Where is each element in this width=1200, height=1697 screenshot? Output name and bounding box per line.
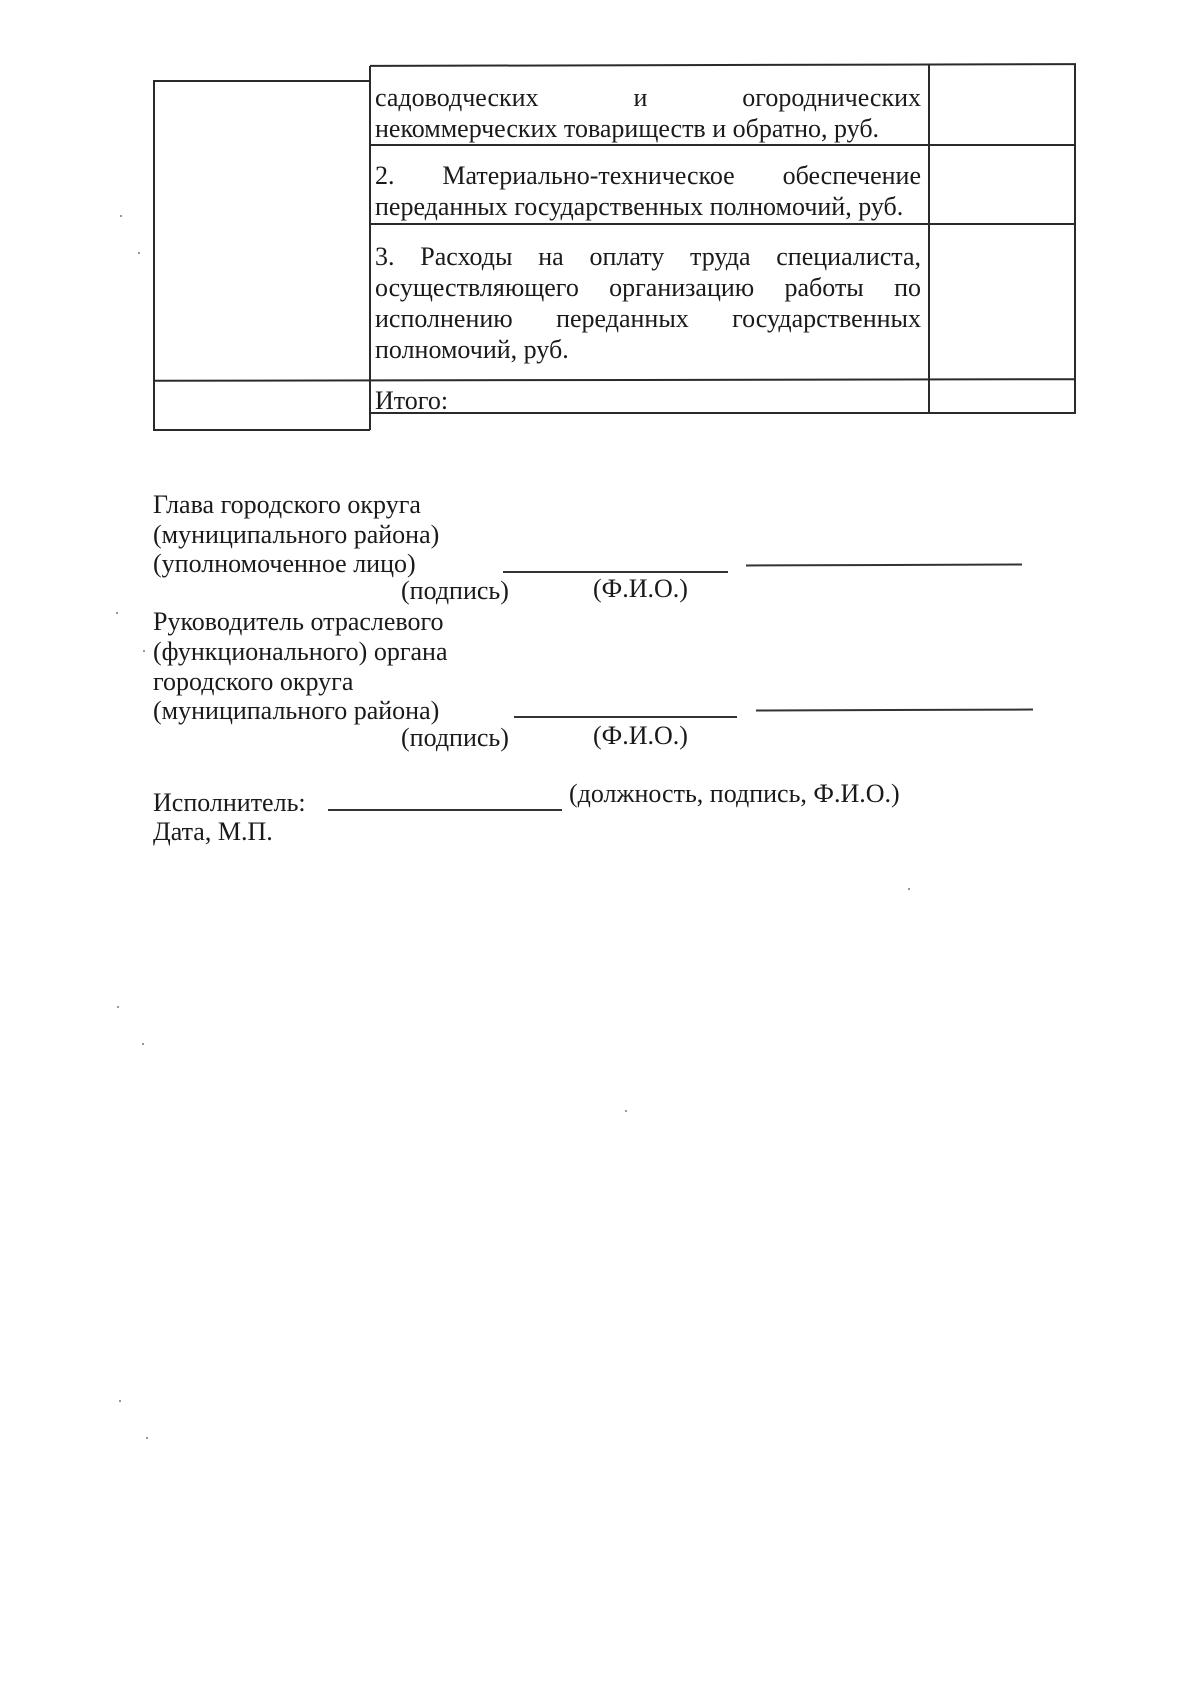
- department-signature-caption: (подпись): [401, 723, 509, 753]
- scan-speck: [143, 650, 145, 652]
- col-divider-1: [369, 66, 371, 430]
- head-name-caption: (Ф.И.О.): [593, 574, 688, 604]
- scan-speck: [625, 1110, 627, 1112]
- scan-speck: [119, 1400, 121, 1402]
- table-border-top: [153, 80, 370, 82]
- department-title-line-1: Руководитель отраслевого: [153, 607, 444, 637]
- row-divider-2: [370, 223, 1076, 225]
- department-name-caption: (Ф.И.О.): [593, 721, 688, 751]
- scan-speck: [908, 888, 910, 890]
- row-divider-1: [370, 144, 1076, 146]
- scan-speck: [138, 252, 140, 254]
- department-title-line-2: (функционального) органа: [153, 637, 448, 667]
- document-page: садоводческих и огороднических некоммерч…: [0, 0, 1200, 1697]
- scan-speck: [117, 1006, 119, 1008]
- head-signature-field[interactable]: [503, 571, 728, 573]
- executor-caption: (должность, подпись, Ф.И.О.): [569, 779, 900, 809]
- scan-speck: [146, 1437, 148, 1439]
- head-signature-caption: (подпись): [401, 576, 509, 606]
- head-title-line-1: Глава городского округа: [153, 490, 421, 520]
- table-total-label: Итого:: [375, 385, 921, 416]
- row-divider-3: [153, 378, 1076, 381]
- scan-speck: [120, 215, 122, 217]
- scan-speck: [116, 612, 118, 614]
- head-title-line-3: (уполномоченное лицо): [153, 549, 416, 579]
- department-signature-field[interactable]: [514, 716, 737, 718]
- table-row-3-description: 3. Расходы на оплату труда специалиста, …: [375, 241, 921, 365]
- table-border-bottom-left: [153, 429, 370, 431]
- head-name-field[interactable]: [746, 564, 1022, 566]
- table-border-left: [153, 80, 155, 430]
- table-border-right: [1074, 64, 1076, 413]
- table-row-2-description: 2. Материально-техническое обеспечение п…: [375, 160, 921, 222]
- department-title-line-4: (муниципального района): [153, 696, 439, 726]
- department-title-line-3: городского округа: [153, 667, 353, 697]
- table-border-top-right: [370, 63, 1076, 66]
- department-name-field[interactable]: [756, 709, 1033, 711]
- scan-speck: [142, 1043, 144, 1045]
- table-row-1-description: садоводческих и огороднических некоммерч…: [375, 82, 921, 144]
- executor-signature-field[interactable]: [328, 809, 562, 811]
- executor-date-stamp: Дата, М.П.: [153, 817, 273, 847]
- col-divider-2: [928, 64, 930, 413]
- executor-label: Исполнитель:: [153, 788, 306, 818]
- head-title-line-2: (муниципального района): [153, 520, 439, 550]
